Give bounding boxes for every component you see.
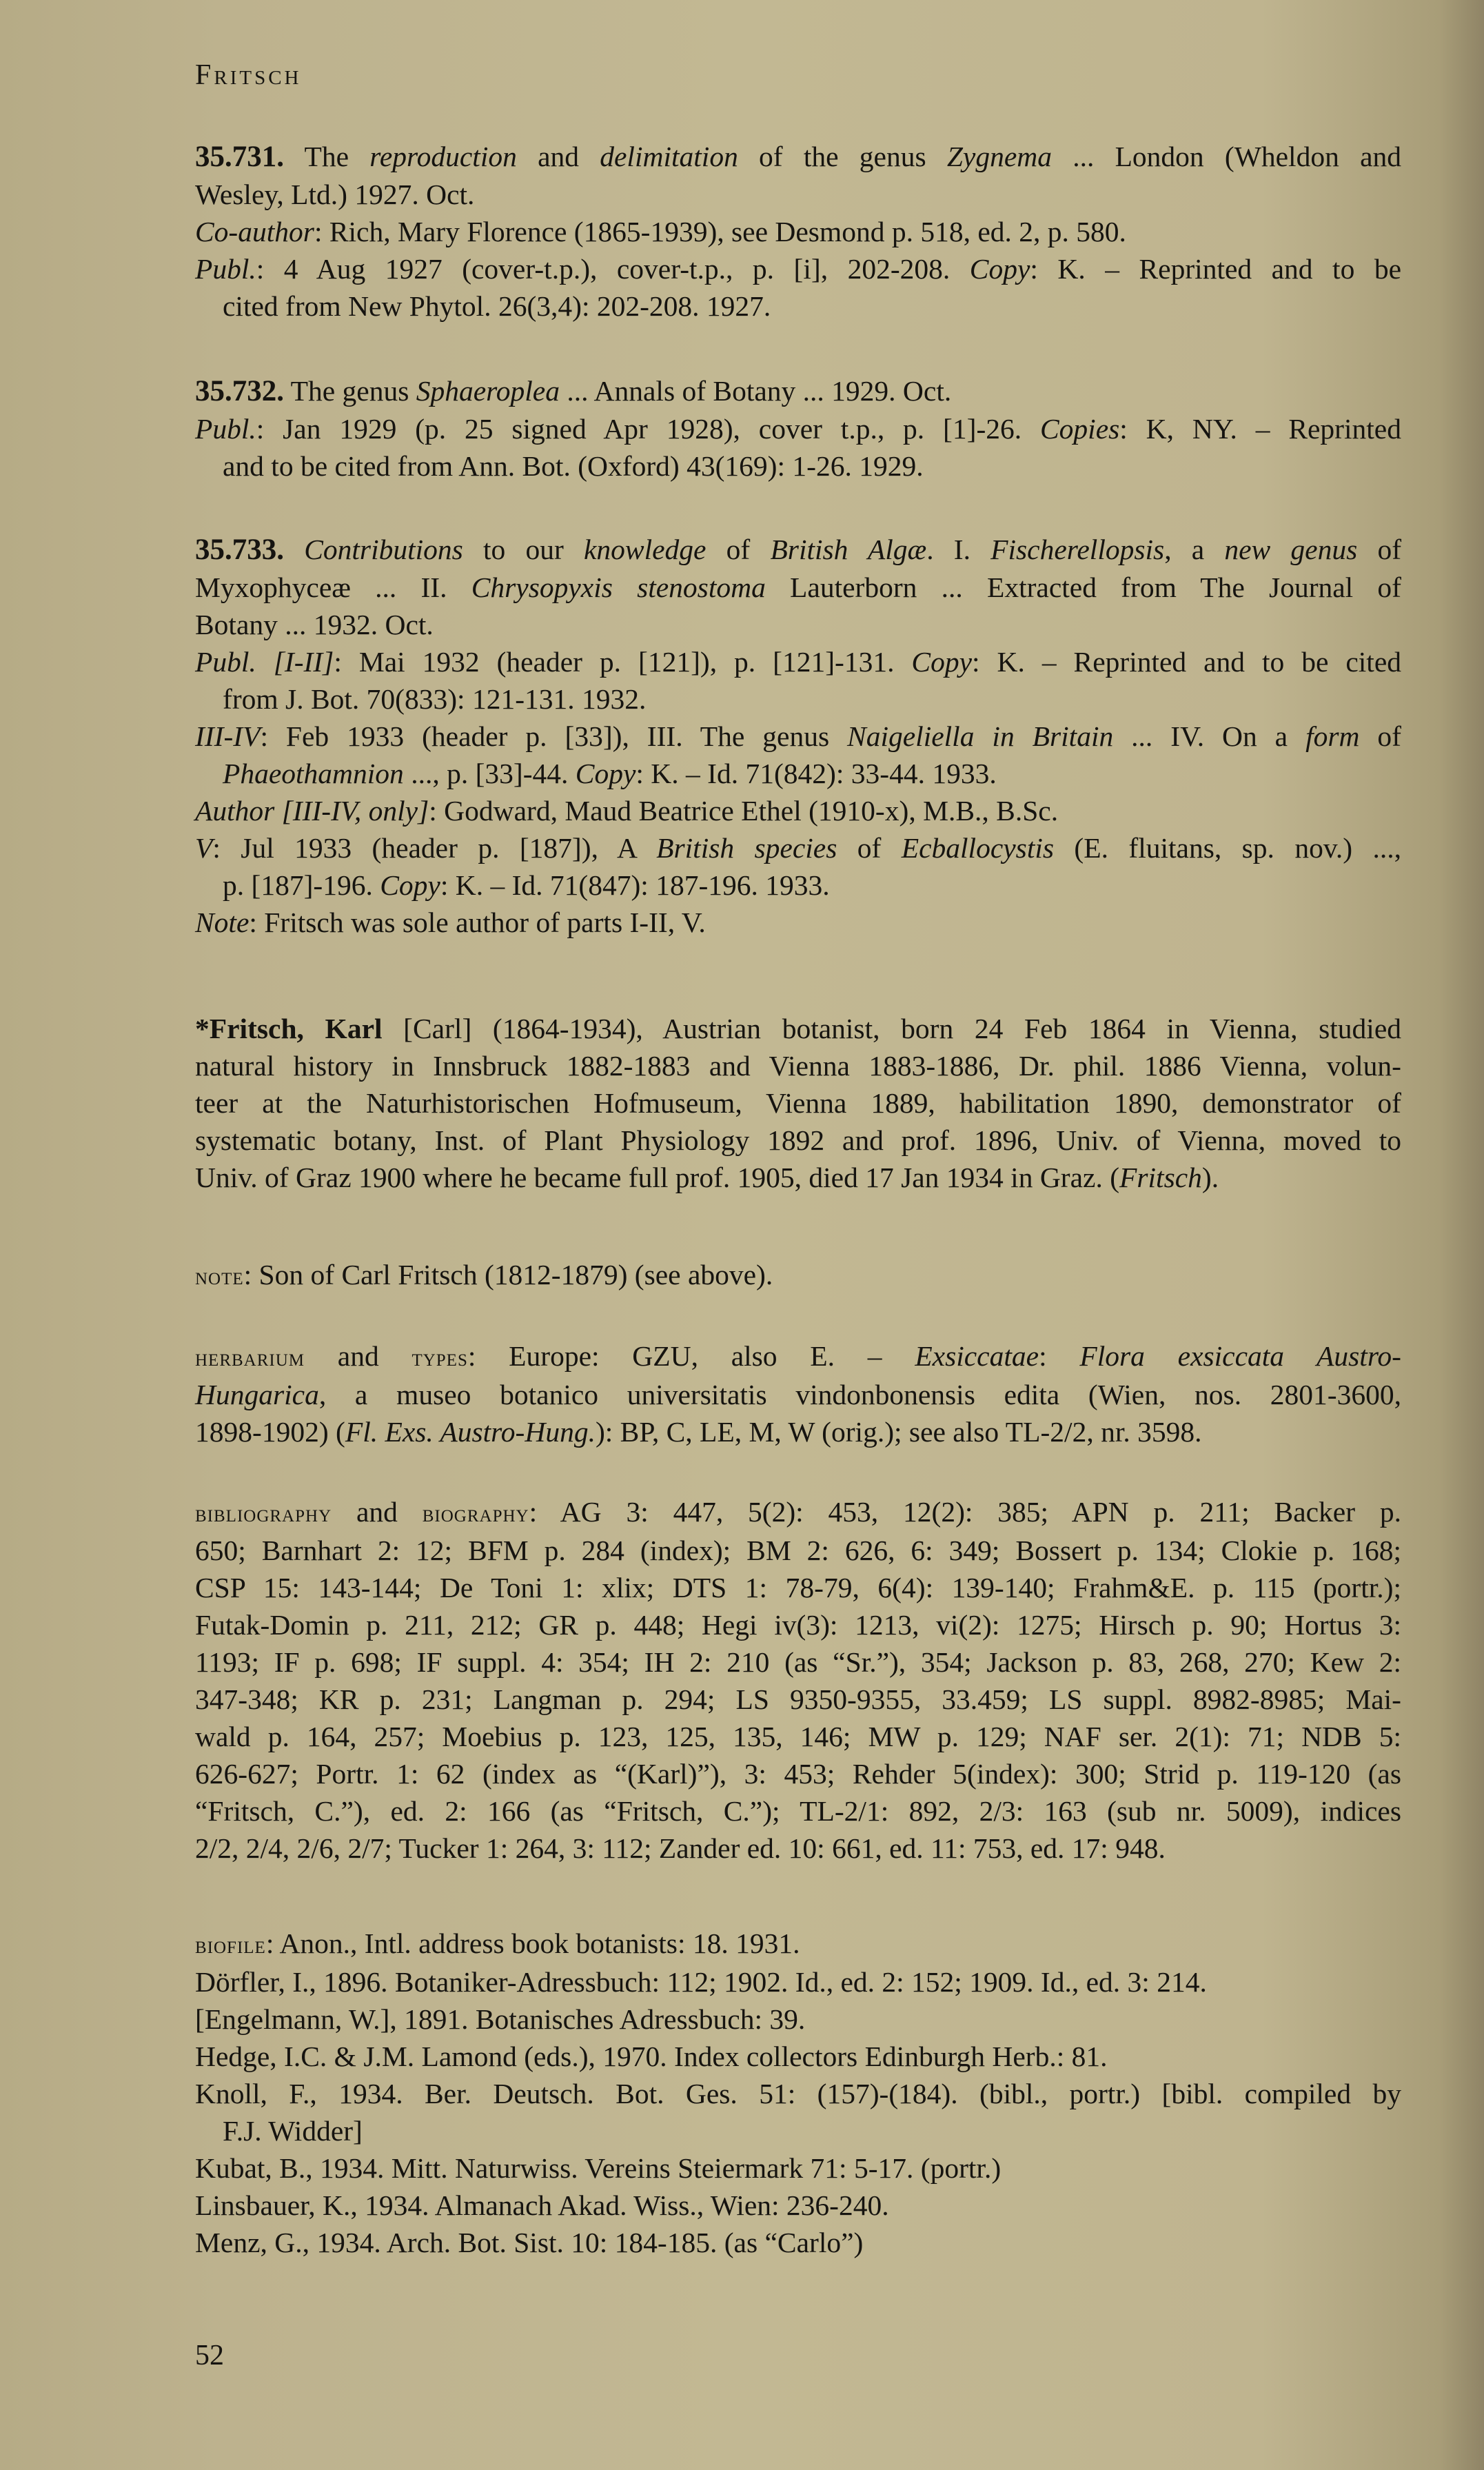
- entry-number: 35.733.: [195, 534, 284, 566]
- biofile-item: Kubat, B., 1934. Mitt. Naturwiss. Verein…: [195, 2149, 1401, 2187]
- section-label: biography: [423, 1499, 529, 1527]
- section-label: types: [411, 1344, 467, 1371]
- biofile-item: Hedge, I.C. & J.M. Lamond (eds.), 1970. …: [195, 2038, 1401, 2075]
- entry-number: 35.731.: [195, 141, 284, 173]
- entry-number: 35.732.: [195, 375, 284, 407]
- entry-title-line: 35.731. The reproduction and delimitatio…: [195, 138, 1401, 176]
- publ-line: cited from New Phytol. 26(3,4): 202-208.…: [195, 287, 1401, 325]
- publ-line: Publ. [I-II]: Mai 1932 (header p. [121])…: [195, 643, 1401, 680]
- note-section: note: Son of Carl Fritsch (1812-1879) (s…: [195, 1256, 1401, 1295]
- publ-line: from J. Bot. 70(833): 121-131. 1932.: [195, 680, 1401, 718]
- publ-line: and to be cited from Ann. Bot. (Oxford) …: [195, 447, 1401, 485]
- section-label: herbarium: [195, 1344, 305, 1371]
- biofile-item: Dörfler, I., 1896. Botaniker-Adressbuch:…: [195, 1963, 1401, 2001]
- publ-line: Publ.: 4 Aug 1927 (cover-t.p.), cover-t.…: [195, 250, 1401, 287]
- entry-title-line: Myxophyceæ ... II. Chrysopyxis stenostom…: [195, 569, 1401, 606]
- entry-title-line: Botany ... 1932. Oct.: [195, 606, 1401, 643]
- section-label: note: [195, 1262, 244, 1290]
- section-label: biofile: [195, 1931, 266, 1958]
- coauthor-line: Co-author: Rich, Mary Florence (1865-193…: [195, 213, 1401, 250]
- biofile-item: Menz, G., 1934. Arch. Bot. Sist. 10: 184…: [195, 2224, 1401, 2261]
- note-line: Note: Fritsch was sole author of parts I…: [195, 904, 1401, 941]
- publ-line: Publ.: Jan 1929 (p. 25 signed Apr 1928),…: [195, 410, 1401, 447]
- biofile-item: Linsbauer, K., 1934. Almanach Akad. Wiss…: [195, 2187, 1401, 2224]
- page-number: 52: [195, 2337, 224, 2374]
- biofile-item: Knoll, F., 1934. Ber. Deutsch. Bot. Ges.…: [195, 2075, 1401, 2112]
- bibliography-section: bibliography and biography: AG 3: 447, 5…: [195, 1493, 1401, 1867]
- herbarium-section: herbarium and types: Europe: GZU, also E…: [195, 1337, 1401, 1450]
- biofile-item: [Engelmann, W.], 1891. Botanisches Adres…: [195, 2001, 1401, 2038]
- biography-paragraph: *Fritsch, Karl [Carl] (1864-1934), Austr…: [195, 1010, 1401, 1196]
- entry-title-line: Wesley, Ltd.) 1927. Oct.: [195, 176, 1401, 213]
- entry-35-731: 35.731. The reproduction and delimitatio…: [195, 138, 1401, 325]
- part-v-line: V: Jul 1933 (header p. [187]), A British…: [195, 829, 1401, 867]
- entry-title-line: 35.733. Contributions to our knowledge o…: [195, 531, 1401, 569]
- entry-35-733: 35.733. Contributions to our knowledge o…: [195, 531, 1401, 941]
- person-name: *Fritsch, Karl: [195, 1013, 383, 1044]
- part-v-line: p. [187]-196. Copy: K. – Id. 71(847): 18…: [195, 867, 1401, 904]
- biofile-item: F.J. Widder]: [195, 2112, 1401, 2149]
- entry-title-line: 35.732. The genus Sphaeroplea ... Annals…: [195, 372, 1401, 410]
- parts-iii-iv-line: Phaeothamnion ..., p. [33]-44. Copy: K. …: [195, 755, 1401, 792]
- author-line: Author [III-IV, only]: Godward, Maud Bea…: [195, 792, 1401, 829]
- running-head: Fritsch: [195, 57, 302, 94]
- parts-iii-iv-line: III-IV: Feb 1933 (header p. [33]), III. …: [195, 718, 1401, 755]
- section-label: bibliography: [195, 1499, 332, 1527]
- entry-35-732: 35.732. The genus Sphaeroplea ... Annals…: [195, 372, 1401, 485]
- biofile-section: biofile: Anon., Intl. address book botan…: [195, 1925, 1401, 2261]
